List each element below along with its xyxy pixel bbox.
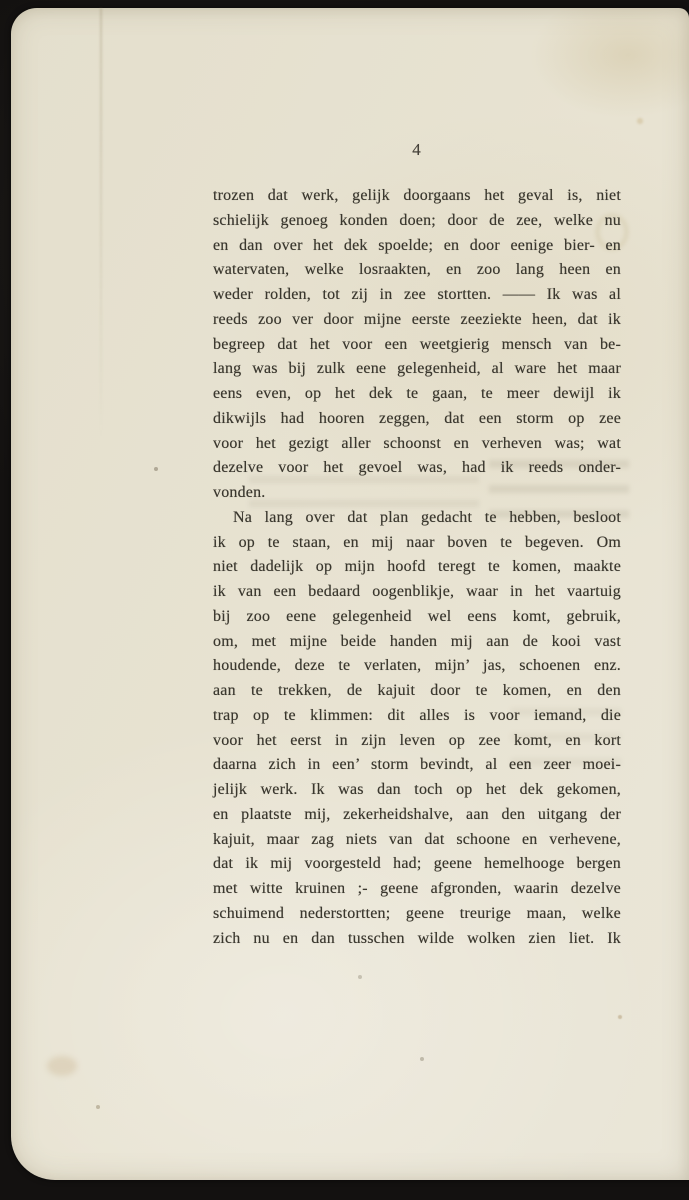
text-line: schielijk genoeg konden doen; door de ze… <box>213 209 621 234</box>
book-page: 4 trozen dat werk, gelijk doorgaans het … <box>11 8 689 1180</box>
text-line: aan te trekken, de kajuit door te komen,… <box>213 679 621 704</box>
text-line: zich nu en dan tusschen wilde wolken zie… <box>213 927 621 952</box>
text-line: niet dadelijk op mijn hoofd teregt te ko… <box>213 555 621 580</box>
text-line: trozen dat werk, gelijk doorgaans het ge… <box>213 184 621 209</box>
text-line: houdende, deze te verlaten, mijn’ jas, s… <box>213 654 621 679</box>
text-line: en dan over het dek spoelde; en door een… <box>213 234 621 259</box>
text-line: daarna zich in een’ storm bevindt, al ee… <box>213 753 621 778</box>
text-line: voor het gezigt aller schoonst en verhev… <box>213 432 621 457</box>
text-line: dikwijls had hooren zeggen, dat een stor… <box>213 407 621 432</box>
text-line: watervaten, welke losraakten, en zoo lan… <box>213 258 621 283</box>
text-line: kajuit, maar zag niets van dat schoone e… <box>213 828 621 853</box>
text-line: dat ik mij voorgesteld had; geene hemelh… <box>213 852 621 877</box>
body-text: trozen dat werk, gelijk doorgaans het ge… <box>213 184 621 951</box>
text-line: ik op te staan, en mij naar boven te beg… <box>213 531 621 556</box>
text-line: begreep dat het voor een weetgierig mens… <box>213 333 621 358</box>
text-line: vonden. <box>213 481 621 506</box>
page-number: 4 <box>213 140 621 160</box>
text-line: eens even, op het dek te gaan, te meer d… <box>213 382 621 407</box>
text-line: jelijk werk. Ik was dan toch op het dek … <box>213 778 621 803</box>
text-line: reeds zoo ver door mijne eerste zeeziekt… <box>213 308 621 333</box>
text-line: lang was bij zulk eene gelegenheid, al w… <box>213 357 621 382</box>
text-line: ik van een bedaard oogenblikje, waar in … <box>213 580 621 605</box>
text-line: dezelve voor het gevoel was, had ik reed… <box>213 456 621 481</box>
text-line: weder rolden, tot zij in zee stortten. —… <box>213 283 621 308</box>
text-line: Na lang over dat plan gedacht te hebben,… <box>213 506 621 531</box>
text-line: bij zoo eene gelegenheid wel eens komt, … <box>213 605 621 630</box>
text-line: voor het eerst in zijn leven op zee komt… <box>213 729 621 754</box>
paper-crease <box>100 8 102 438</box>
text-line: trap op te klimmen: dit alles is voor ie… <box>213 704 621 729</box>
text-line: schuimend nederstortten; geene treurige … <box>213 902 621 927</box>
text-line: en plaatste mij, zekerheidshalve, aan de… <box>213 803 621 828</box>
text-line: om, met mijne beide handen mij aan de ko… <box>213 630 621 655</box>
text-line: met witte kruinen ;- geene afgronden, wa… <box>213 877 621 902</box>
paper-specks <box>11 8 13 10</box>
paper-stain <box>47 1056 77 1076</box>
